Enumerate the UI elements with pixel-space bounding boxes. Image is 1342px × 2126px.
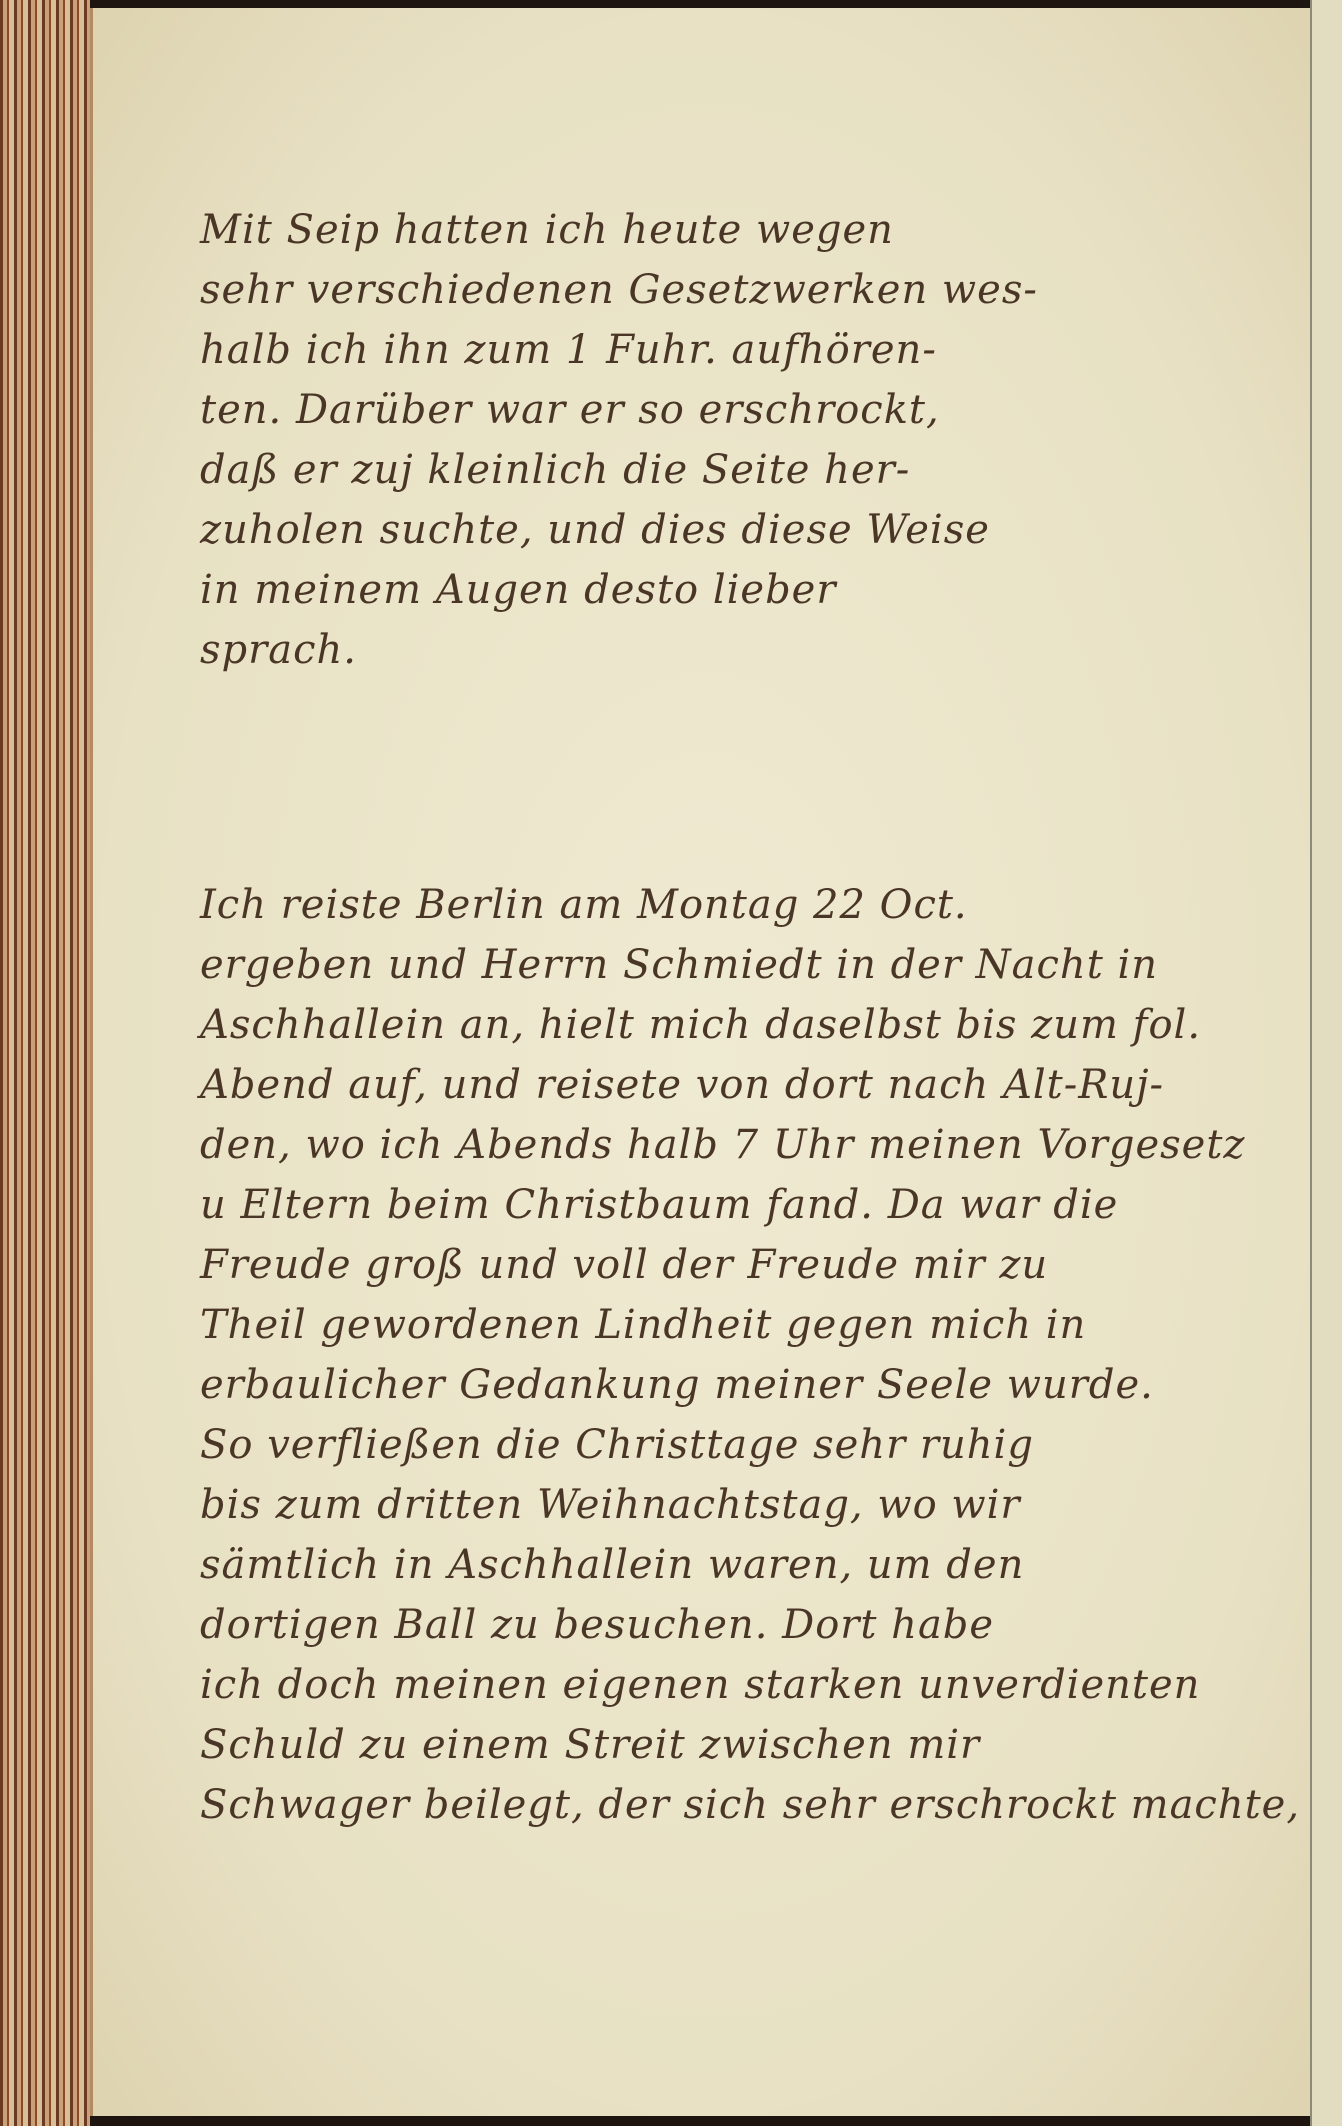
text-line: u Eltern beim Christbaum fand. Da war di… [200, 1175, 1200, 1235]
text-line: ich doch meinen eigenen starken unverdie… [200, 1655, 1200, 1715]
text-line: sehr verschiedenen Gesetzwerken wes- [200, 260, 1200, 320]
text-line: Schuld zu einem Streit zwischen mir [200, 1715, 1200, 1775]
text-line: den, wo ich Abends halb 7 Uhr meinen Vor… [200, 1115, 1200, 1175]
text-line: sprach. [200, 620, 1200, 680]
text-line: erbaulicher Gedankung meiner Seele wurde… [200, 1355, 1200, 1415]
text-line: ten. Darüber war er so erschrockt, [200, 380, 1200, 440]
text-line: halb ich ihn zum 1 Fuhr. aufhören- [200, 320, 1200, 380]
text-line: Mit Seip hatten ich heute wegen [200, 200, 1200, 260]
text-line: Schwager beilegt, der sich sehr erschroc… [200, 1775, 1200, 1835]
paragraph-2: Ich reiste Berlin am Montag 22 Oct. erge… [200, 875, 1200, 1835]
text-line: dortigen Ball zu besuchen. Dort habe [200, 1595, 1200, 1655]
facing-page-edge [1310, 0, 1342, 2126]
text-line: So verfließen die Christtage sehr ruhig [200, 1415, 1200, 1475]
book-page-edges [0, 0, 90, 2126]
text-line: Ich reiste Berlin am Montag 22 Oct. [200, 875, 1200, 935]
manuscript-book: Mit Seip hatten ich heute wegen sehr ver… [0, 0, 1342, 2126]
text-line: in meinem Augen desto lieber [200, 560, 1200, 620]
paragraph-1: Mit Seip hatten ich heute wegen sehr ver… [200, 200, 1200, 680]
text-line: ergeben und Herrn Schmiedt in der Nacht … [200, 935, 1200, 995]
text-line: daß er zuj kleinlich die Seite her- [200, 440, 1200, 500]
text-line: Theil gewordenen Lindheit gegen mich in [200, 1295, 1200, 1355]
text-line: bis zum dritten Weihnachtstag, wo wir [200, 1475, 1200, 1535]
text-line: zuholen suchte, und dies diese Weise [200, 500, 1200, 560]
text-line: Aschhallein an, hielt mich daselbst bis … [200, 995, 1200, 1055]
text-line: sämtlich in Aschhallein waren, um den [200, 1535, 1200, 1595]
text-line: Freude groß und voll der Freude mir zu [200, 1235, 1200, 1295]
text-line: Abend auf, und reisete von dort nach Alt… [200, 1055, 1200, 1115]
